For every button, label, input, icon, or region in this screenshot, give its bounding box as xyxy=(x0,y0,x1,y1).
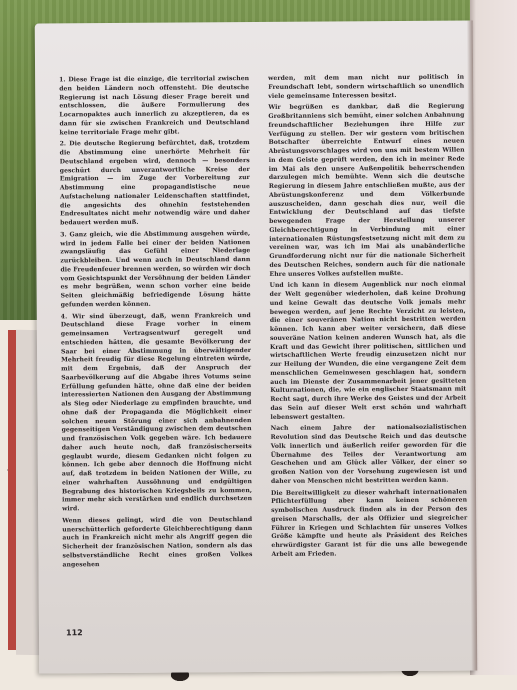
paragraph: Wir begrüßen es dankbar, daß die Regieru… xyxy=(268,103,465,279)
paragraph: werden, mit dem man nicht nur politisch … xyxy=(268,74,464,102)
paragraph: Und ich kann in diesem Augenblick nur no… xyxy=(270,281,467,422)
paragraph: Wenn dieses gelingt, wird die von Deutsc… xyxy=(62,516,252,570)
facing-page-edge xyxy=(470,0,517,675)
left-text-column: 1. Diese Frage ist die einzige, die terr… xyxy=(59,75,252,573)
page-number: 112 xyxy=(66,628,83,637)
paragraph: 1. Diese Frage ist die einzige, die terr… xyxy=(59,75,249,138)
paragraph: Die Bereitwilligkeit zu dieser wahrhaft … xyxy=(271,488,467,559)
right-text-column: werden, mit dem man nicht nur politisch … xyxy=(268,74,467,563)
book-page: 1. Diese Frage ist die einzige, die terr… xyxy=(35,20,478,673)
paragraph: 4. Wir sind überzeugt, daß, wenn Frankre… xyxy=(61,312,252,515)
paragraph: 2. Die deutsche Regierung befürchtet, da… xyxy=(60,139,251,228)
paragraph: 3. Ganz gleich, wie die Abstimmung ausge… xyxy=(60,230,251,310)
paragraph: Nach einem Jahre der nationalsozialistis… xyxy=(271,424,467,487)
